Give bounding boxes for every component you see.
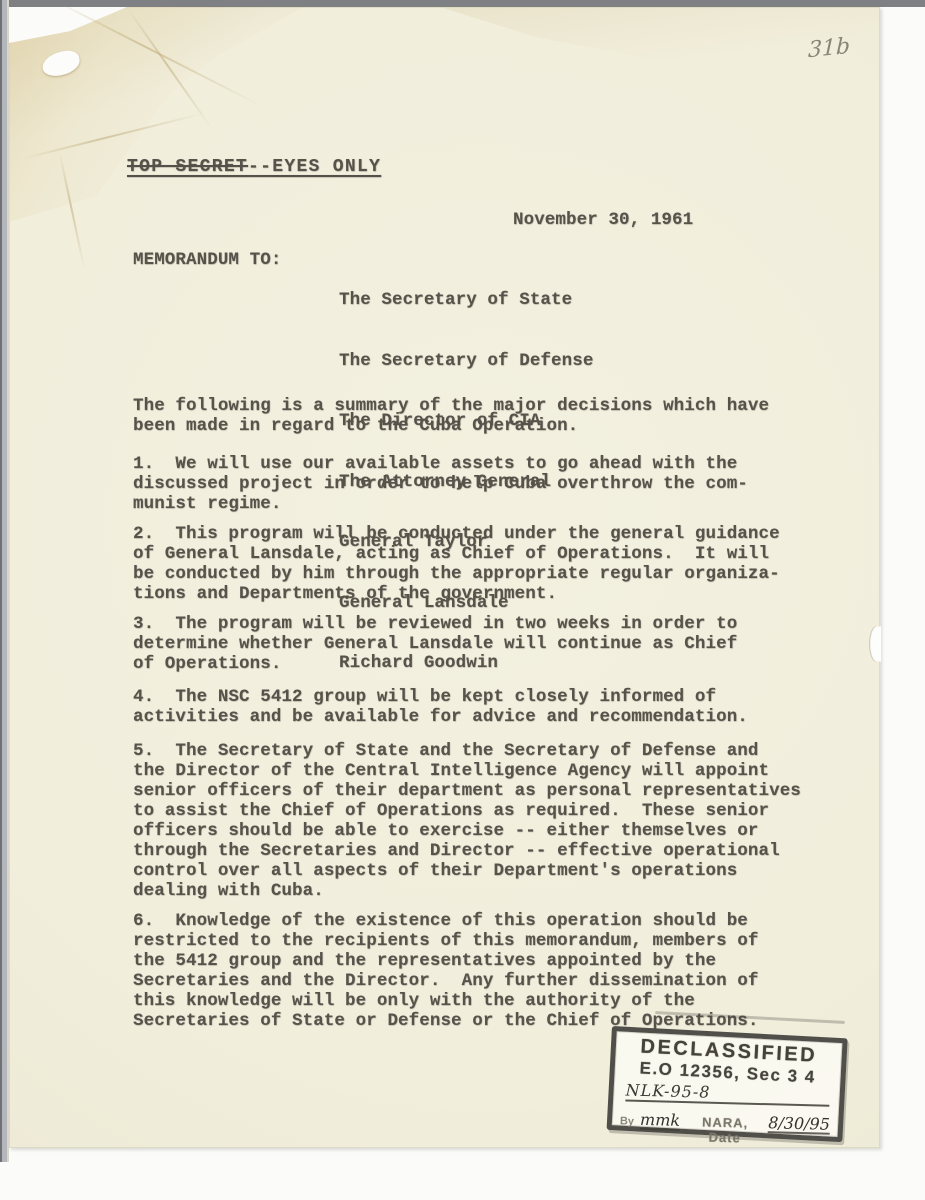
memo-to-label: MEMORANDUM TO: — [133, 250, 281, 270]
stamp-case-number-handwritten: NLK-95-8 — [625, 1080, 829, 1106]
decision-paragraph-1: 1. We will use our available assets to g… — [133, 454, 823, 514]
scanner-edge-top — [0, 0, 925, 7]
stamp-nara-date-label: NARA, Date — [689, 1114, 760, 1146]
stamp-date-handwritten: 8/30/95 — [768, 1114, 830, 1135]
stamp-signature-row: By mmk NARA, Date 8/30/95 — [619, 1110, 830, 1147]
decision-paragraph-4: 4. The NSC 5412 group will be kept close… — [133, 687, 823, 727]
stamp-by-label: By — [620, 1115, 634, 1127]
scanner-edge-left — [0, 0, 9, 1162]
decision-paragraph-6: 6. Knowledge of the existence of this op… — [133, 911, 823, 1031]
classification-rest-text: --EYES ONLY — [248, 157, 381, 177]
scanned-memo-document: 31b TOP SECRET--EYES ONLY November 30, 1… — [0, 0, 925, 1200]
stamp-by-initials-handwritten: mmk — [640, 1111, 681, 1131]
intro-paragraph: The following is a summary of the major … — [133, 396, 823, 436]
recipient: The Secretary of Defense — [339, 351, 593, 372]
handwritten-page-number: 31b — [808, 34, 851, 64]
recipient: The Secretary of State — [339, 290, 593, 311]
decision-paragraph-2: 2. This program will be conducted under … — [133, 524, 823, 604]
memo-date: November 30, 1961 — [513, 210, 693, 230]
declassification-stamp: DECLASSIFIED E.O 12356, Sec 3 4 NLK-95-8… — [607, 1026, 848, 1142]
decision-paragraph-3: 3. The program will be reviewed in two w… — [133, 614, 823, 674]
decision-paragraph-5: 5. The Secretary of State and the Secret… — [133, 741, 823, 901]
classification-struck-text: TOP SECRET — [127, 157, 248, 177]
classification-header: TOP SECRET--EYES ONLY — [127, 157, 381, 177]
right-edge-notch — [869, 626, 881, 662]
